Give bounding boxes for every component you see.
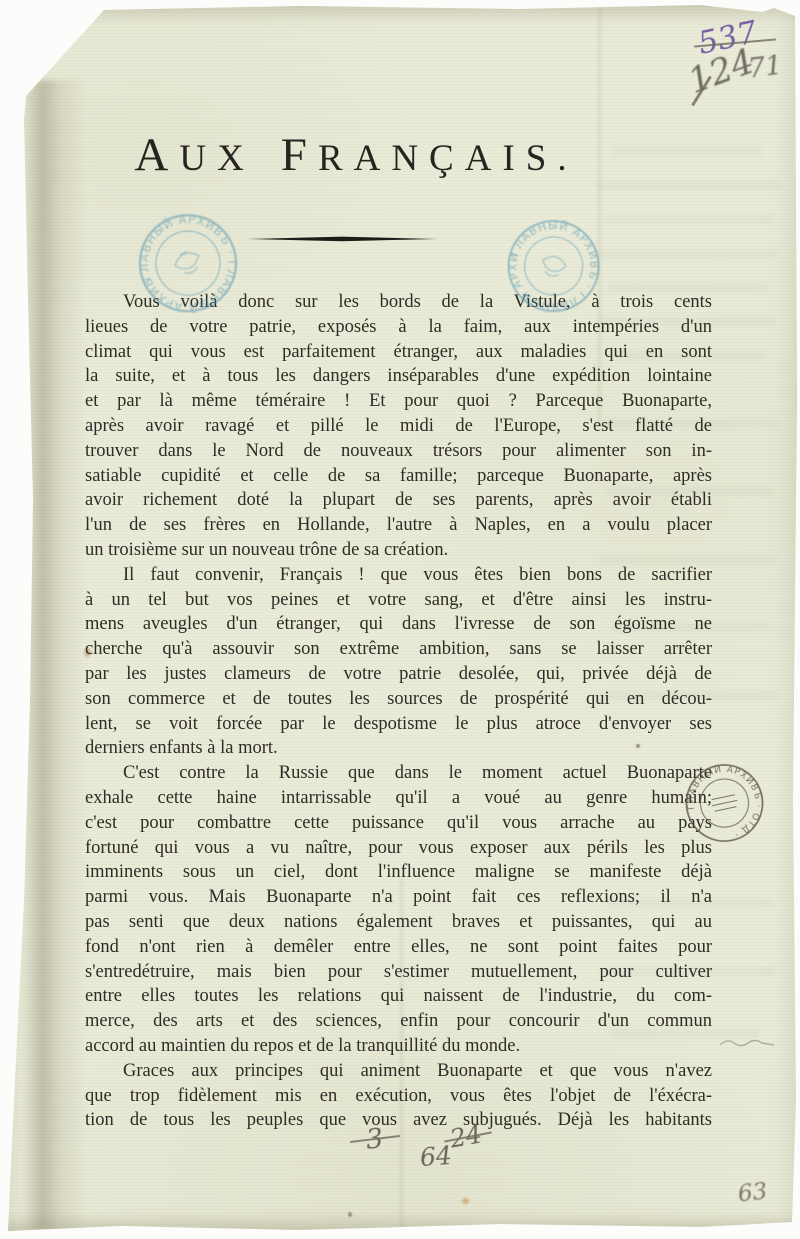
text-line: et par là même téméraire ! Et pour quoi … [85,389,712,414]
text-line: l'un de ses frères en Hollande, l'autre … [85,513,712,538]
binding-crease [22,80,86,1230]
stamp-text: ГЛАВНЫЙ АРХИВЪ · ГЛАВНЫЙ АРХИВЪ · [487,199,615,323]
text-line: à un tel but vos peines et votre sang, e… [85,588,712,613]
text-line: Graces aux principes qui animent Buonapa… [85,1059,712,1084]
text-line: tion de tous les peuples que vous avez s… [85,1108,712,1133]
handwritten-number-71: 71 [746,50,783,84]
handwritten-number-64: 64 [419,1141,453,1172]
text-line: climat qui vous est parfaitement étrange… [85,340,712,365]
text-line: fond n'ont rien à demêler entre elles, n… [85,935,712,960]
text-line: accord au maintien du repos et de la tra… [85,1034,712,1059]
text-line: satiable cupidité et celle de sa famille… [85,464,712,489]
text-line: trouver dans le Nord de nouveaux trésors… [85,439,712,464]
stamp-center-text [711,794,739,811]
body-text: Vous voilà donc sur les bords de la Vist… [85,290,712,1133]
text-line: entre elles toutes les relations qui nai… [85,984,712,1009]
svg-text:ГЛАВНЫЙ АРХИВЪ · ГЛАВНЫЙ АРХИВ: ГЛАВНЫЙ АРХИВЪ · ГЛАВНЫЙ АРХИВЪ · [487,199,615,323]
scanned-document: AUXFRANÇAIS. Vous voilà donc sur les bor… [0,0,800,1239]
handwritten-number-63: 63 [737,1179,769,1208]
text-line: exhale cette haine intarrissable qu'il a… [85,786,712,811]
text-line: derniers enfants à la mort. [85,736,712,761]
text-line: son commerce et de toutes les sources de… [85,687,712,712]
pencil-squiggle [718,1036,776,1052]
svg-text:ГЛАВНЫЙ АРХИВЪ · ОТД ·: ГЛАВНЫЙ АРХИВЪ · ОТД · [679,756,770,848]
text-line: parmi vous. Mais Buonaparte n'a point fa… [85,885,712,910]
text-line: fortuné qui vous a vu naître, pour vous … [85,836,712,861]
text-line: après avoir ravagé et pillé le midi de l… [85,414,712,439]
stamp-emblem [540,254,568,279]
text-line: C'est contre la Russie que dans le momen… [85,761,712,786]
title-divider [247,229,437,235]
text-line: s'entredétruire, mais bien pour s'estime… [85,960,712,985]
text-line: Il faut convenir, Français ! que vous êt… [85,563,712,588]
text-line: merce, des arts et des sciences, enfin p… [85,1009,712,1034]
paper-edge-shadow-top [0,0,800,22]
page-title: AUXFRANÇAIS. [0,128,712,182]
archive-stamp-small: ГЛАВНЫЙ АРХИВЪ · ОТД · [670,748,780,862]
text-line: que trop fidèlement mis en exécution, vo… [85,1084,712,1109]
stamp-text: ГЛАВНЫЙ АРХИВЪ · ОТД · [679,756,770,848]
text-line: mens aveugles d'un étranger, qui dans l'… [85,612,712,637]
text-line: par les justes clameurs de votre patrie … [85,662,712,687]
text-line: la suite, et à tous les dangers insépara… [85,364,712,389]
stamp-emblem [172,248,204,278]
title-initial: F [281,129,318,181]
paper-sheet: AUXFRANÇAIS. Vous voilà donc sur les bor… [0,0,800,1239]
text-line: pas senti que deux nations également bra… [85,910,712,935]
title-initial: A [134,129,179,181]
text-line: imminents sous un ciel, dont l'influence… [85,860,712,885]
text-line: c'est pour combattre cette puissance qu'… [85,811,712,836]
text-line: un troisième sur un nouveau trône de sa … [85,538,712,563]
text-line: cherche qu'à assouvir son extrême ambiti… [85,637,712,662]
text-line: lent, se voit forcée par le despotisme l… [85,712,712,737]
text-line: avoir richement doté la plupart de ses p… [85,488,712,513]
